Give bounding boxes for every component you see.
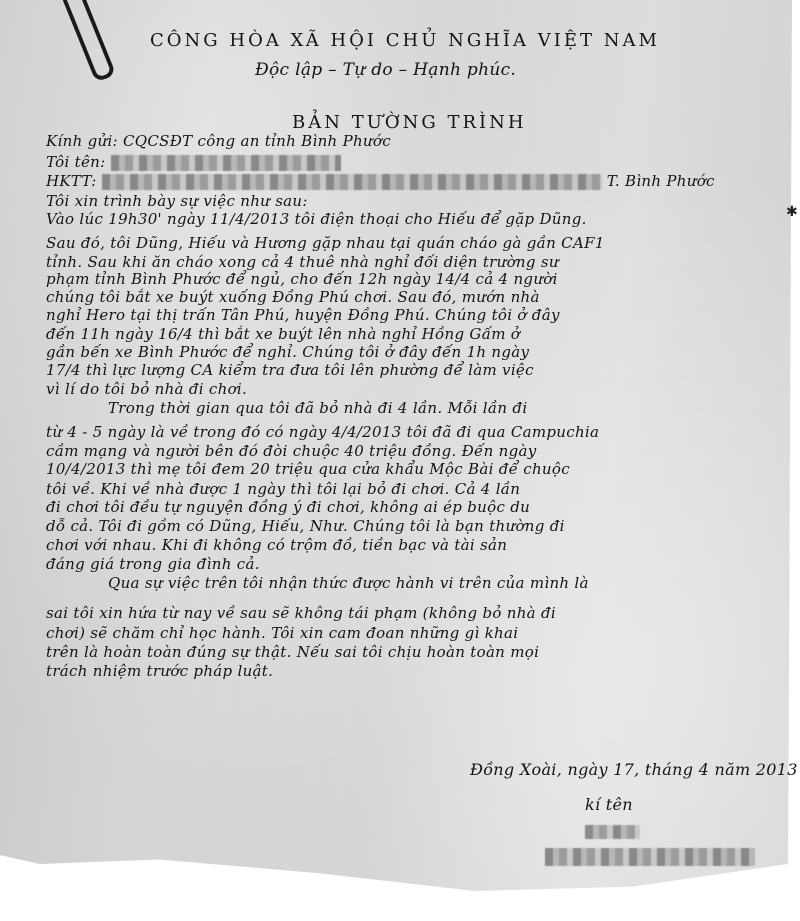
statement-line: Tôi xin trình bày sự việc như sau: [46, 192, 308, 210]
statement-line: đi chơi tôi đều tự nguyện đồng ý đi chơi… [46, 498, 530, 516]
statement-line: trên là hoàn toàn đúng sự thật. Nếu sai … [46, 643, 539, 661]
addressee: CQCSĐT công an tỉnh Bình Phước [123, 132, 391, 150]
statement-line: tôi về. Khi về nhà được 1 ngày thì tôi l… [46, 480, 520, 498]
statement-line: từ 4 - 5 ngày là về trong đó có ngày 4/4… [46, 423, 599, 441]
statement-line: Sau đó, tôi Dũng, Hiếu và Hương gặp nhau… [46, 234, 605, 252]
residence-label: HKTT: [46, 172, 97, 190]
statement-line: chơi với nhau. Khi đi không có trộm đồ, … [46, 536, 507, 554]
redacted-name [111, 155, 341, 171]
addressee-label: Kính gửi: [46, 132, 118, 150]
statement-line: 17/4 thì lực lượng CA kiểm tra đưa tôi l… [46, 361, 534, 379]
name-line: Tôi tên: [46, 153, 341, 171]
statement-line: trách nhiệm trước pháp luật. [46, 662, 273, 680]
statement-line: Trong thời gian qua tôi đã bỏ nhà đi 4 l… [108, 399, 527, 417]
redacted-signer-name [545, 848, 755, 866]
statement-line: dỗ cả. Tôi đi gồm có Dũng, Hiếu, Như. Ch… [46, 517, 565, 535]
motto: Độc lập – Tự do – Hạnh phúc. [255, 60, 516, 80]
statement-line: đến 11h ngày 16/4 thì bắt xe buýt lên nh… [46, 325, 520, 343]
statement-line: đáng giá trong gia đình cả. [46, 555, 260, 573]
statement-line: phạm tỉnh Bình Phước để ngủ, cho đến 12h… [46, 270, 558, 288]
statement-line: vì lí do tôi bỏ nhà đi chơi. [46, 380, 247, 398]
document-title: BẢN TƯỜNG TRÌNH [292, 112, 527, 133]
statement-line: Vào lúc 19h30' ngày 11/4/2013 tôi điện t… [46, 210, 587, 228]
signature-label: kí tên [585, 795, 633, 814]
statement-line: gần bến xe Bình Phước để nghỉ. Chúng tôi… [46, 343, 529, 361]
statement-line: nghỉ Hero tại thị trấn Tân Phú, huyện Đồ… [46, 306, 560, 324]
residence-line: HKTT: T. Bình Phước [46, 172, 715, 190]
place-date: Đồng Xoài, ngày 17, tháng 4 năm 2013 [470, 760, 798, 779]
statement-line: 10/4/2013 thì mẹ tôi đem 20 triệu qua cử… [46, 460, 570, 478]
redacted-address [102, 174, 602, 190]
residence-suffix: T. Bình Phước [607, 172, 715, 190]
statement-line: Qua sự việc trên tôi nhận thức được hành… [108, 574, 589, 592]
statement-line: tỉnh. Sau khi ăn cháo xong cả 4 thuê nhà… [46, 253, 559, 271]
ink-mark: ✱ [786, 204, 798, 220]
national-header: CÔNG HÒA XÃ HỘI CHỦ NGHĨA VIỆT NAM [150, 30, 660, 51]
statement-line: chúng tôi bắt xe buýt xuống Đồng Phú chơ… [46, 288, 540, 306]
statement-line: chơi) sẽ chăm chỉ học hành. Tôi xin cam … [46, 624, 518, 642]
addressee-line: Kính gửi: CQCSĐT công an tỉnh Bình Phước [46, 132, 391, 150]
statement-line: cầm mạng và người bên đó đòi chuộc 40 tr… [46, 442, 537, 460]
statement-line: sai tôi xin hứa từ nay về sau sẽ không t… [46, 604, 556, 622]
name-label: Tôi tên: [46, 153, 105, 171]
redacted-signature [585, 825, 640, 839]
